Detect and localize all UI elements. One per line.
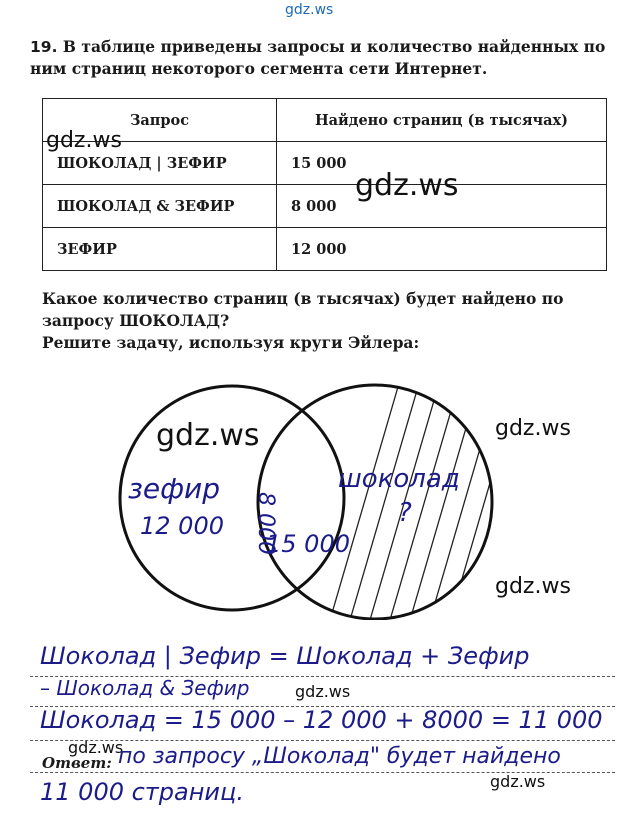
task-number: 19. bbox=[30, 38, 57, 56]
chocolate-hatching bbox=[330, 380, 625, 620]
question-text: Какое количество страниц (в тысячах) буд… bbox=[42, 288, 612, 332]
watermark: gdz.ws bbox=[285, 2, 333, 18]
watermark: gdz.ws bbox=[490, 772, 545, 791]
answer-text-2: 11 000 страниц. bbox=[40, 778, 244, 806]
watermark: gdz.ws bbox=[156, 418, 260, 453]
cell-query: ЗЕФИР bbox=[43, 228, 277, 271]
venn-left-value: 12 000 bbox=[140, 512, 224, 540]
watermark: gdz.ws bbox=[295, 682, 350, 701]
table-row: ШОКОЛАД | ЗЕФИР 15 000 bbox=[43, 142, 607, 185]
cell-count: 12 000 bbox=[277, 228, 607, 271]
table-row: ШОКОЛАД & ЗЕФИР 8 000 bbox=[43, 185, 607, 228]
column-header-count: Найдено страниц (в тысячах) bbox=[277, 99, 607, 142]
table-row: ЗЕФИР 12 000 bbox=[43, 228, 607, 271]
task-text: В таблице приведены запросы и количество… bbox=[30, 37, 605, 78]
watermark: gdz.ws bbox=[495, 416, 571, 441]
venn-right-value: ? bbox=[398, 498, 412, 528]
watermark: gdz.ws bbox=[355, 168, 459, 203]
watermark: gdz.ws bbox=[46, 128, 122, 153]
watermark: gdz.ws bbox=[495, 574, 571, 599]
solution-line-2: – Шоколад & Зефир bbox=[40, 676, 249, 700]
solution-line-3: Шоколад = 15 000 – 12 000 + 8000 = 11 00… bbox=[40, 706, 603, 734]
venn-union-value: 15 000 bbox=[266, 530, 350, 558]
answer-label: Ответ: bbox=[42, 754, 112, 772]
queries-table: Запрос Найдено страниц (в тысячах) ШОКОЛ… bbox=[42, 98, 607, 271]
task-statement: 19. В таблице приведены запросы и количе… bbox=[30, 36, 610, 80]
solution-line-1: Шоколад | Зефир = Шоколад + Зефир bbox=[40, 642, 529, 670]
answer-text: по запросу „Шоколад" будет найдено bbox=[118, 744, 561, 769]
question: Какое количество страниц (в тысячах) буд… bbox=[42, 288, 612, 354]
chocolate-circle bbox=[258, 385, 492, 619]
table-header-row: Запрос Найдено страниц (в тысячах) bbox=[43, 99, 607, 142]
venn-left-label: зефир bbox=[128, 472, 220, 505]
venn-right-label: шоколад bbox=[338, 464, 460, 494]
question-instruction: Решите задачу, используя круги Эйлера: bbox=[42, 332, 612, 354]
cell-query: ШОКОЛАД & ЗЕФИР bbox=[43, 185, 277, 228]
